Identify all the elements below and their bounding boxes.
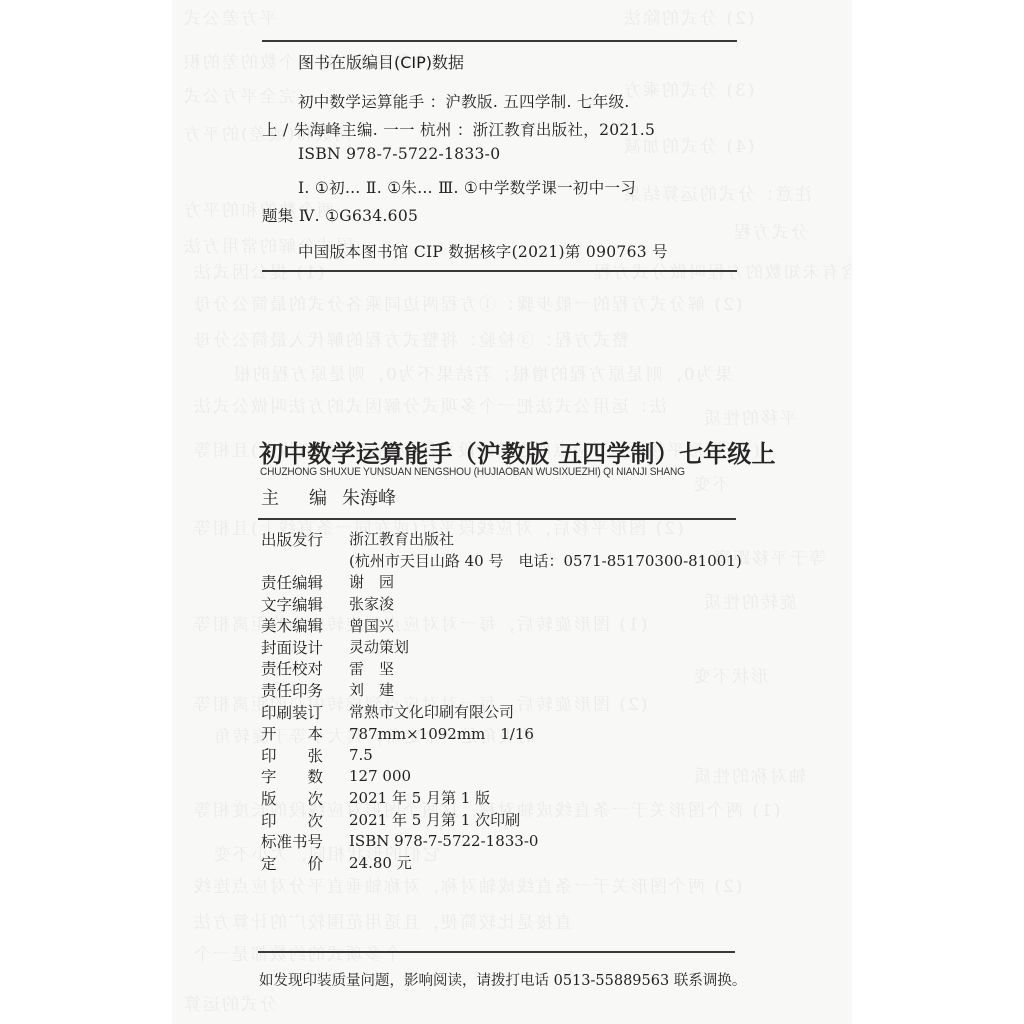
- credit-label: 字 数: [261, 765, 349, 787]
- cip-bottom-rule: [262, 270, 737, 272]
- credit-row-art-editor: 美术编辑 曾国兴: [261, 614, 742, 636]
- quality-issue-notice: 如发现印装质量问题，影响阅读，请拨打电话 0513-55889563 联系调换。: [259, 969, 746, 990]
- credit-value: 常熟市文化印刷有限公司: [349, 701, 514, 722]
- credit-value: 曾国兴: [349, 615, 394, 636]
- cip-top-rule: [262, 40, 737, 42]
- credit-value: 谢 园: [349, 571, 394, 592]
- cip-line-editor-publisher: 上 / 朱海峰主编. 一一 杭州 ：浙江教育出版社，2021.5: [262, 118, 655, 140]
- credit-row-format: 开 本 787mm×1092mm 1/16: [261, 722, 742, 744]
- credit-value: 雷 坚: [349, 658, 394, 679]
- credit-label: 责任编辑: [261, 571, 349, 593]
- credit-label: 印 次: [261, 809, 349, 831]
- cip-heading: 图书在版编目(CIP)数据: [298, 50, 464, 73]
- footer-rule: [258, 951, 735, 953]
- credit-value: ISBN 978-7-5722-1833-0: [349, 832, 538, 850]
- cip-line-isbn: ISBN 978-7-5722-1833-0: [298, 145, 500, 163]
- credit-row-proofreader: 责任校对 雷 坚: [261, 658, 742, 680]
- credit-value: 浙江教育出版社: [349, 528, 454, 549]
- cip-verification-number: 中国版本图书馆 CIP 数据核字(2021)第 090763 号: [298, 240, 668, 262]
- credit-row-publisher: 出版发行 浙江教育出版社: [261, 528, 742, 550]
- credit-row-print-supervisor: 责任印务 刘 建: [261, 679, 742, 701]
- book-title-pinyin: CHUZHONG SHUXUE YUNSUAN NENGSHOU (HUJIAO…: [260, 466, 685, 478]
- credit-label: 责任印务: [261, 679, 349, 701]
- credit-value: (杭州市天目山路 40 号 电话：0571-85170300-81001): [349, 550, 742, 571]
- credit-value: 787mm×1092mm 1/16: [349, 723, 534, 744]
- credit-label: 美术编辑: [261, 614, 349, 636]
- credit-value: 2021 年 5 月第 1 版: [349, 787, 490, 808]
- credit-row-printer: 印刷装订 常熟市文化印刷有限公司: [261, 701, 742, 723]
- credit-row-publisher-address: (杭州市天目山路 40 号 电话：0571-85170300-81001): [261, 550, 742, 572]
- credit-value: 2021 年 5 月第 1 次印刷: [349, 809, 520, 830]
- credit-label: 印刷装订: [261, 701, 349, 723]
- credit-row-cover-design: 封面设计 灵动策划: [261, 636, 742, 658]
- cip-line-subject: 题集 Ⅳ. ①G634.605: [262, 204, 418, 226]
- chief-editor-name: 朱海峰: [342, 484, 396, 510]
- credit-row-edition: 版 次 2021 年 5 月第 1 版: [261, 787, 742, 809]
- credits-top-rule: [258, 518, 736, 520]
- book-title: 初中数学运算能手（沪教版 五四学制）七年级上: [259, 434, 776, 469]
- credit-row-responsible-editor: 责任编辑 谢 园: [261, 571, 742, 593]
- credit-row-isbn: 标准书号 ISBN 978-7-5722-1833-0: [261, 830, 742, 852]
- credit-value: 张家浚: [349, 593, 394, 614]
- chief-editor-label: 主 编: [261, 484, 333, 510]
- credit-value: 7.5: [349, 746, 373, 764]
- credit-label: 版 次: [261, 787, 349, 809]
- credit-label: 标准书号: [261, 830, 349, 852]
- credit-row-word-count: 字 数 127 000: [261, 766, 742, 788]
- credit-label: 封面设计: [261, 636, 349, 658]
- credit-row-printing: 印 次 2021 年 5 月第 1 次印刷: [261, 809, 742, 831]
- credit-label: 出版发行: [261, 528, 349, 550]
- credit-value: 刘 建: [349, 679, 394, 700]
- cip-line-title: 初中数学运算能手 ：沪教版. 五四学制. 七年级.: [298, 90, 630, 112]
- credit-value: 灵动策划: [349, 636, 409, 657]
- credit-row-text-editor: 文字编辑 张家浚: [261, 593, 742, 615]
- credit-label: 责任校对: [261, 657, 349, 679]
- credit-row-price: 定 价 24.80 元: [261, 852, 742, 874]
- credit-label: 印 张: [261, 744, 349, 766]
- credits-table: 出版发行 浙江教育出版社 (杭州市天目山路 40 号 电话：0571-85170…: [261, 528, 742, 874]
- credit-label: 定 价: [261, 852, 349, 874]
- cip-line-classification: Ⅰ. ①初… Ⅱ. ①朱… Ⅲ. ①中学数学课一初中一习: [298, 176, 636, 198]
- credit-label: 开 本: [261, 722, 349, 744]
- credit-value: 24.80 元: [349, 852, 412, 873]
- credit-label: 文字编辑: [261, 593, 349, 615]
- credit-value: 127 000: [349, 767, 411, 785]
- credit-row-printed-sheets: 印 张 7.5: [261, 744, 742, 766]
